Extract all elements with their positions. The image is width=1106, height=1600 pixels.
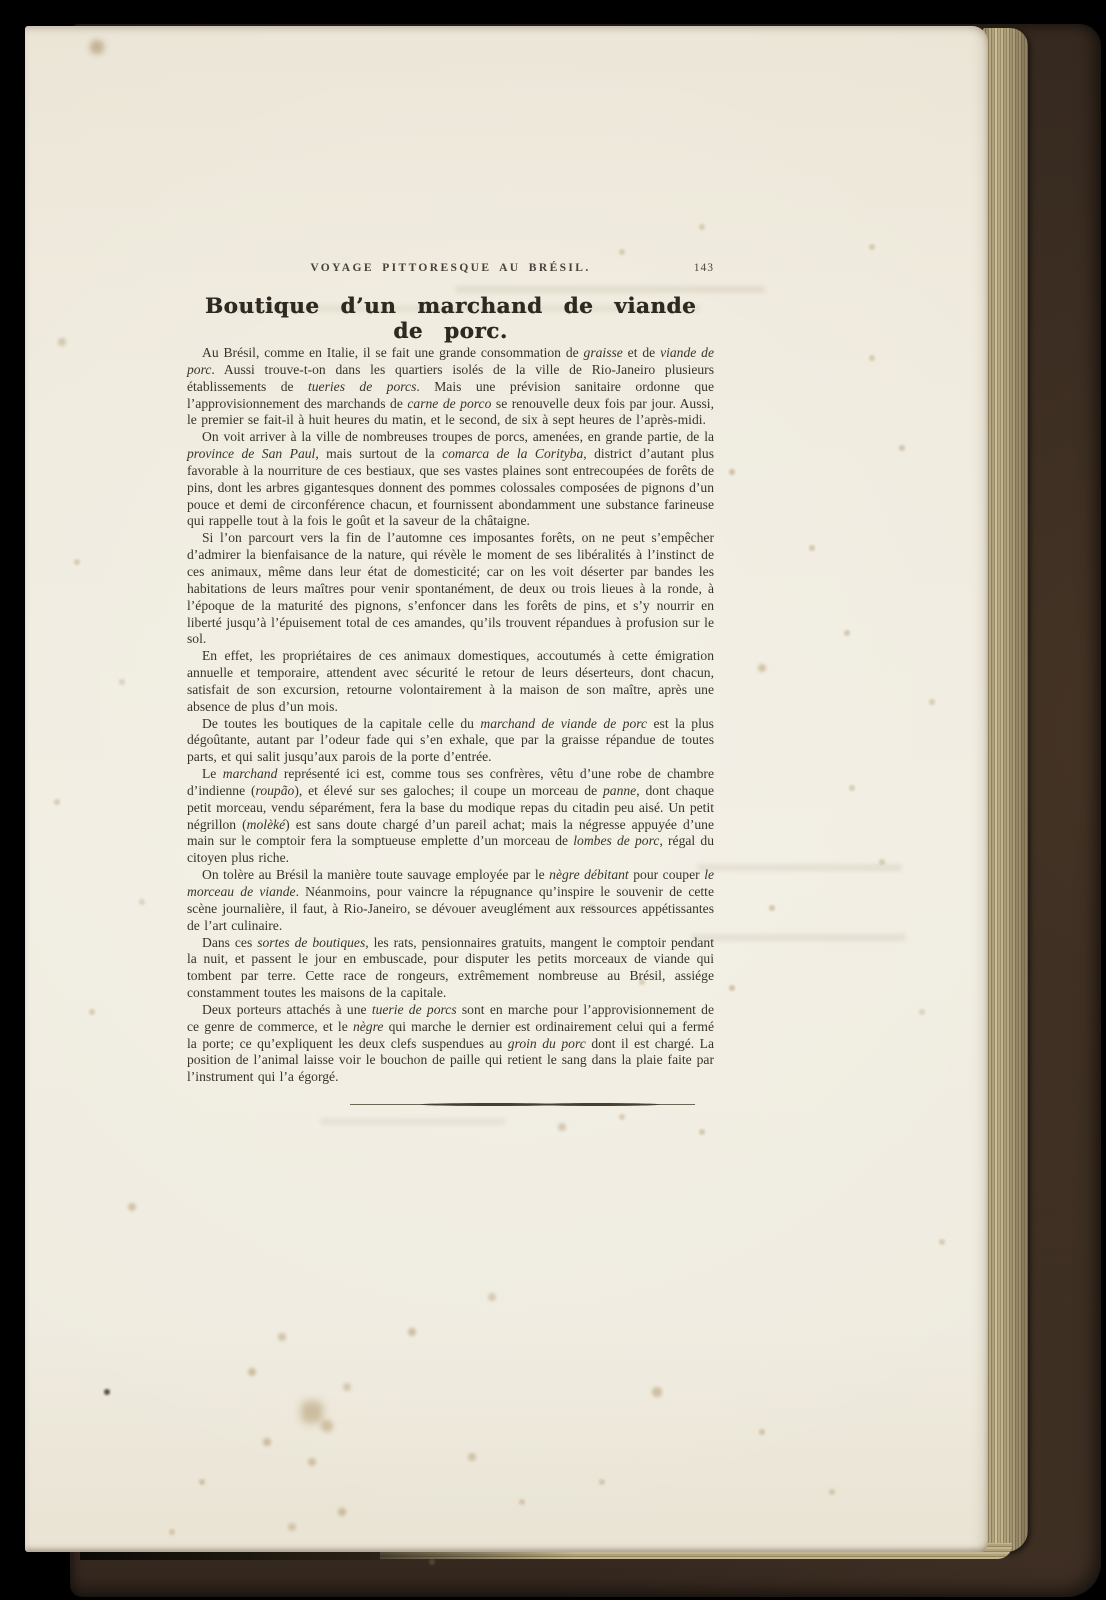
page-header: VOYAGE PITTORESQUE AU BRÉSIL. 143 — [187, 262, 714, 278]
text-run: On voit arriver à la ville de nombreuses… — [202, 429, 714, 444]
italic-phrase: molèké — [247, 817, 286, 832]
article-body: Au Brésil, comme en Italie, il se fait u… — [187, 345, 714, 1086]
paragraph: En effet, les propriétaires de ces anima… — [187, 648, 714, 715]
book-page: VOYAGE PITTORESQUE AU BRÉSIL. 143 Boutiq… — [25, 26, 988, 1552]
page-stack-fore-edge — [983, 28, 1028, 1552]
page-number: 143 — [694, 262, 714, 274]
running-title: VOYAGE PITTORESQUE AU BRÉSIL. — [187, 262, 714, 274]
italic-phrase: roupão — [256, 783, 295, 798]
text-run: On tolère au Brésil la manière toute sau… — [202, 867, 549, 882]
italic-phrase: marchand — [223, 766, 278, 781]
text-run: Au Brésil, comme en Italie, il se fait u… — [202, 345, 584, 360]
paragraph: De toutes les boutiques de la capitale c… — [187, 716, 714, 767]
end-rule — [350, 1102, 695, 1107]
paragraph: On voit arriver à la ville de nombreuses… — [187, 429, 714, 530]
italic-phrase: lombes de porc — [573, 833, 659, 848]
text-run: et de — [623, 345, 660, 360]
italic-phrase: tueries de porcs — [308, 379, 416, 394]
italic-phrase: nègre — [353, 1019, 383, 1034]
paragraph: Deux porteurs attachés à une tuerie de p… — [187, 1002, 714, 1086]
italic-phrase: groin du porc — [508, 1036, 586, 1051]
scanned-book-photo: VOYAGE PITTORESQUE AU BRÉSIL. 143 Boutiq… — [0, 0, 1106, 1600]
text-run: pour couper — [629, 867, 704, 882]
italic-phrase: panne — [603, 783, 636, 798]
paragraph: Le marchand représenté ici est, comme to… — [187, 766, 714, 867]
show-through-text — [691, 934, 906, 941]
foxing-stains — [25, 26, 29, 30]
paragraph: Dans ces sortes de boutiques, les rats, … — [187, 935, 714, 1002]
text-run: , mais surtout de la — [315, 446, 442, 461]
italic-phrase: sortes de boutiques, — [257, 935, 368, 950]
italic-phrase: marchand de viande de porc — [480, 716, 647, 731]
italic-phrase: comarca de la Corityba — [442, 446, 583, 461]
italic-phrase: nègre débitant — [549, 867, 629, 882]
chapter-title: Boutique d’un marchand de viande de porc… — [187, 294, 714, 344]
text-run: Deux porteurs attachés à une — [202, 1002, 372, 1017]
show-through-text — [455, 286, 765, 293]
paragraph: On tolère au Brésil la manière toute sau… — [187, 867, 714, 934]
text-run: De toutes les boutiques de la capitale c… — [202, 716, 480, 731]
italic-phrase: graisse — [584, 345, 623, 360]
italic-phrase: province de San Paul — [187, 446, 315, 461]
text-run: En effet, les propriétaires de ces anima… — [187, 648, 714, 714]
show-through-text — [320, 1118, 505, 1125]
italic-phrase: tuerie de porcs — [372, 1002, 457, 1017]
end-rule-swell — [535, 1103, 660, 1106]
show-through-text — [697, 864, 902, 871]
paragraph: Si l’on parcourt vers la fin de l’automn… — [187, 530, 714, 648]
text-run: ), et élevé sur ses galoches; il coupe u… — [294, 783, 603, 798]
text-run: Si l’on parcourt vers la fin de l’automn… — [187, 530, 714, 646]
paragraph: Au Brésil, comme en Italie, il se fait u… — [187, 345, 714, 429]
text-run: Dans ces — [202, 935, 257, 950]
text-run: Le — [202, 766, 223, 781]
italic-phrase: carne de porco — [407, 396, 491, 411]
